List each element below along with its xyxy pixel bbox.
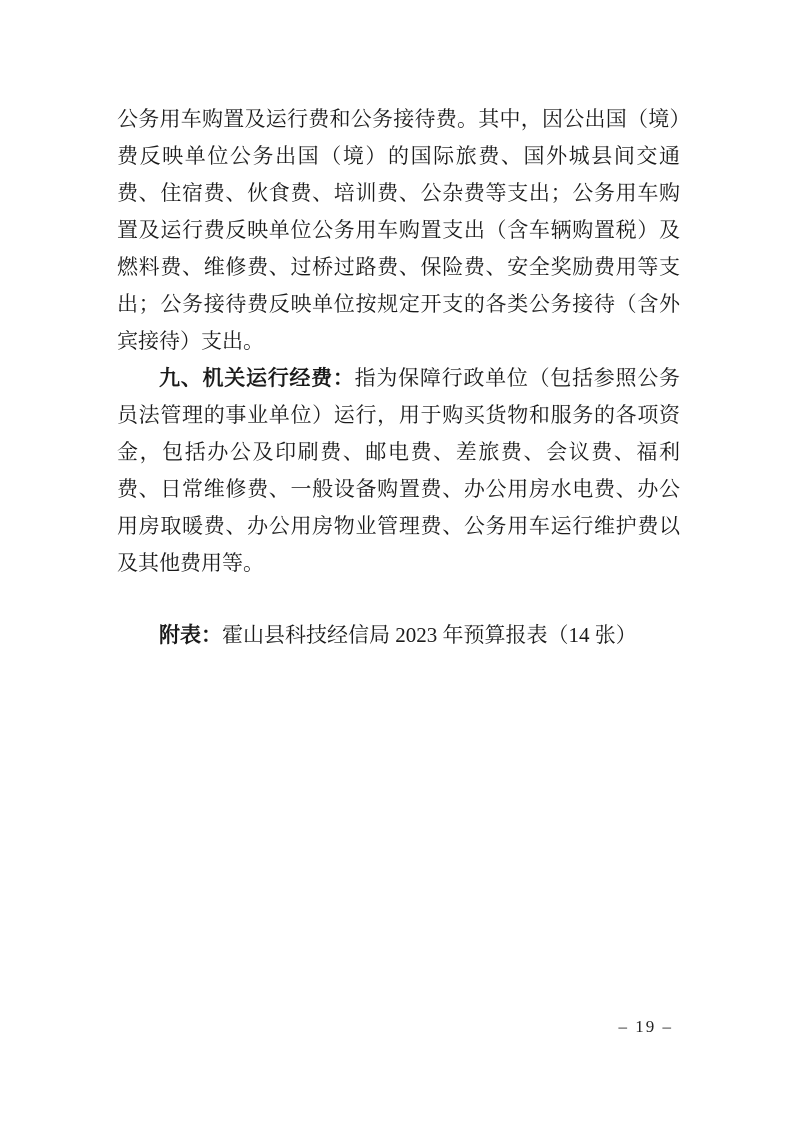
- paragraph-lead: 九、机关运行经费：: [159, 367, 355, 390]
- attachment-note-line: 附表：霍山县科技经信局 2023 年预算报表（14 张）: [117, 617, 680, 654]
- paragraph-vehicle-and-reception-expenses: 公务用车购置及运行费和公务接待费。其中，因公出国（境）费反映单位公务出国（境）的…: [117, 101, 680, 360]
- document-page: 公务用车购置及运行费和公务接待费。其中，因公出国（境）费反映单位公务出国（境）的…: [0, 0, 793, 1122]
- attachment-text: 霍山县科技经信局 2023 年预算报表（14 张）: [222, 623, 637, 647]
- document-body: 公务用车购置及运行费和公务接待费。其中，因公出国（境）费反映单位公务出国（境）的…: [117, 101, 680, 654]
- page-number: – 19 –: [619, 1016, 674, 1038]
- paragraph-agency-operating-funds: 九、机关运行经费：指为保障行政单位（包括参照公务员法管理的事业单位）运行，用于购…: [117, 360, 680, 582]
- attachment-lead: 附表：: [159, 624, 222, 647]
- paragraph-text: 公务用车购置及运行费和公务接待费。其中，因公出国（境）费反映单位公务出国（境）的…: [117, 107, 680, 353]
- paragraph-text: 指为保障行政单位（包括参照公务员法管理的事业单位）运行，用于购买货物和服务的各项…: [117, 366, 680, 575]
